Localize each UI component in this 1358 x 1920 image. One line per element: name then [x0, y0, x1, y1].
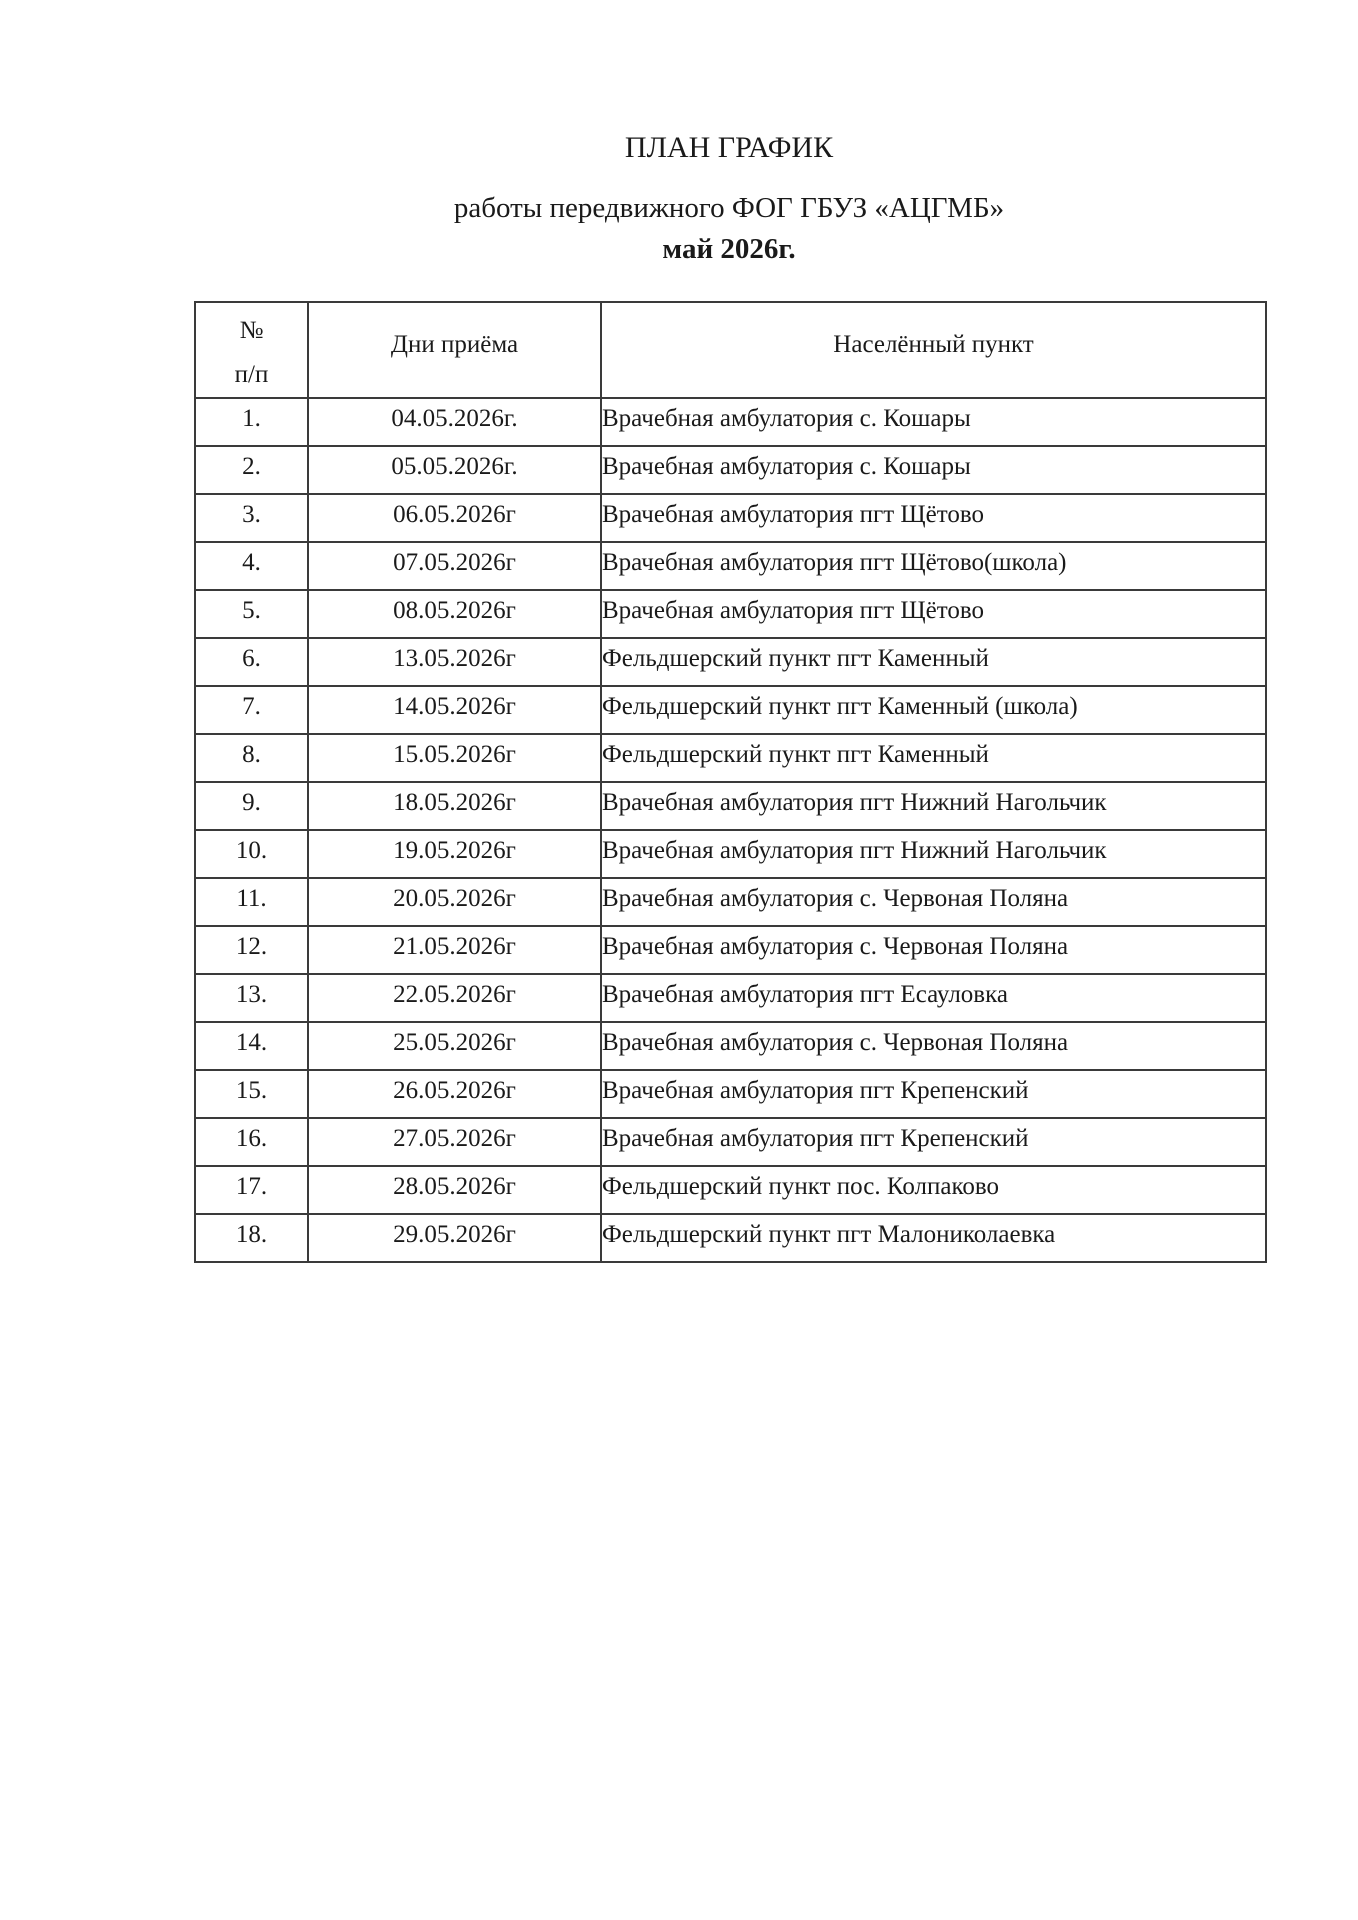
settlement-name-cell: Врачебная амбулатория с. Червоная Поляна — [601, 926, 1266, 974]
settlement-name: Врачебная амбулатория пгт Щётово — [602, 495, 1265, 532]
settlement-name: Фельдшерский пункт пгт Каменный — [602, 735, 1265, 772]
reception-date: 19.05.2026г — [309, 831, 600, 868]
reception-date: 05.05.2026г. — [309, 447, 600, 484]
settlement-name-cell: Врачебная амбулатория с. Червоная Поляна — [601, 1022, 1266, 1070]
column-header-number: № п/п — [195, 302, 308, 398]
settlement-name-cell: Фельдшерский пункт пгт Малониколаевка — [601, 1214, 1266, 1262]
reception-date: 06.05.2026г — [309, 495, 600, 532]
row-number: 12. — [196, 927, 307, 964]
reception-date: 22.05.2026г — [309, 975, 600, 1012]
row-number-cell: 3. — [195, 494, 308, 542]
row-number: 2. — [196, 447, 307, 484]
reception-date: 13.05.2026г — [309, 639, 600, 676]
row-number-cell: 18. — [195, 1214, 308, 1262]
row-number: 8. — [196, 735, 307, 772]
reception-date-cell: 15.05.2026г — [308, 734, 601, 782]
table-row: 7.14.05.2026гФельдшерский пункт пгт Каме… — [195, 686, 1266, 734]
table-body: 1.04.05.2026г.Врачебная амбулатория с. К… — [195, 398, 1266, 1262]
row-number: 6. — [196, 639, 307, 676]
settlement-name: Врачебная амбулатория пгт Нижний Нагольч… — [602, 783, 1265, 820]
row-number-cell: 14. — [195, 1022, 308, 1070]
settlement-name-cell: Врачебная амбулатория с. Червоная Поляна — [601, 878, 1266, 926]
settlement-name-cell: Фельдшерский пункт пгт Каменный (школа) — [601, 686, 1266, 734]
reception-date-cell: 28.05.2026г — [308, 1166, 601, 1214]
settlement-name-cell: Врачебная амбулатория с. Кошары — [601, 398, 1266, 446]
row-number-cell: 8. — [195, 734, 308, 782]
settlement-name-cell: Врачебная амбулатория пгт Нижний Нагольч… — [601, 782, 1266, 830]
row-number: 11. — [196, 879, 307, 916]
column-header-number-symbol: № — [196, 309, 307, 353]
row-number: 18. — [196, 1215, 307, 1252]
reception-date: 14.05.2026г — [309, 687, 600, 724]
row-number: 15. — [196, 1071, 307, 1108]
settlement-name: Врачебная амбулатория пгт Крепенский — [602, 1119, 1265, 1156]
row-number: 4. — [196, 543, 307, 580]
table-row: 18.29.05.2026гФельдшерский пункт пгт Мал… — [195, 1214, 1266, 1262]
row-number: 1. — [196, 399, 307, 436]
row-number: 10. — [196, 831, 307, 868]
reception-date: 08.05.2026г — [309, 591, 600, 628]
reception-date-cell: 19.05.2026г — [308, 830, 601, 878]
reception-date-cell: 20.05.2026г — [308, 878, 601, 926]
page-title: ПЛАН ГРАФИК — [0, 128, 1358, 168]
row-number-cell: 5. — [195, 590, 308, 638]
row-number-cell: 13. — [195, 974, 308, 1022]
table-row: 5.08.05.2026гВрачебная амбулатория пгт Щ… — [195, 590, 1266, 638]
table-header: № п/п Дни приёма Населённый пункт — [195, 302, 1266, 398]
reception-date-cell: 08.05.2026г — [308, 590, 601, 638]
reception-date: 27.05.2026г — [309, 1119, 600, 1156]
table-row: 8.15.05.2026гФельдшерский пункт пгт Каме… — [195, 734, 1266, 782]
row-number-cell: 7. — [195, 686, 308, 734]
reception-date-cell: 22.05.2026г — [308, 974, 601, 1022]
row-number: 17. — [196, 1167, 307, 1204]
reception-date: 28.05.2026г — [309, 1167, 600, 1204]
row-number: 9. — [196, 783, 307, 820]
table-row: 12.21.05.2026гВрачебная амбулатория с. Ч… — [195, 926, 1266, 974]
settlement-name: Врачебная амбулатория пгт Щётово(школа) — [602, 543, 1265, 580]
table-header-row: № п/п Дни приёма Населённый пункт — [195, 302, 1266, 398]
reception-date-cell: 25.05.2026г — [308, 1022, 601, 1070]
row-number-cell: 2. — [195, 446, 308, 494]
row-number-cell: 12. — [195, 926, 308, 974]
settlement-name-cell: Врачебная амбулатория пгт Крепенский — [601, 1070, 1266, 1118]
table-row: 10.19.05.2026гВрачебная амбулатория пгт … — [195, 830, 1266, 878]
table-row: 13.22.05.2026гВрачебная амбулатория пгт … — [195, 974, 1266, 1022]
table-row: 3.06.05.2026гВрачебная амбулатория пгт Щ… — [195, 494, 1266, 542]
settlement-name: Фельдшерский пункт пос. Колпаково — [602, 1167, 1265, 1204]
settlement-name-cell: Врачебная амбулатория пгт Щётово — [601, 590, 1266, 638]
settlement-name-cell: Врачебная амбулатория пгт Крепенский — [601, 1118, 1266, 1166]
row-number-cell: 9. — [195, 782, 308, 830]
settlement-name-cell: Фельдшерский пункт пос. Колпаково — [601, 1166, 1266, 1214]
table-row: 9.18.05.2026гВрачебная амбулатория пгт Н… — [195, 782, 1266, 830]
row-number-cell: 10. — [195, 830, 308, 878]
settlement-name: Врачебная амбулатория с. Червоная Поляна — [602, 927, 1265, 964]
row-number: 16. — [196, 1119, 307, 1156]
schedule-period: май 2026г. — [0, 229, 1358, 269]
settlement-name: Врачебная амбулатория пгт Щётово — [602, 591, 1265, 628]
reception-date-cell: 26.05.2026г — [308, 1070, 601, 1118]
row-number-cell: 1. — [195, 398, 308, 446]
reception-date-cell: 21.05.2026г — [308, 926, 601, 974]
reception-date: 04.05.2026г. — [309, 399, 600, 436]
settlement-name: Фельдшерский пункт пгт Каменный (школа) — [602, 687, 1265, 724]
table-row: 17.28.05.2026гФельдшерский пункт пос. Ко… — [195, 1166, 1266, 1214]
row-number-cell: 17. — [195, 1166, 308, 1214]
row-number: 14. — [196, 1023, 307, 1060]
reception-date: 26.05.2026г — [309, 1071, 600, 1108]
table-row: 14.25.05.2026гВрачебная амбулатория с. Ч… — [195, 1022, 1266, 1070]
table-row: 16.27.05.2026гВрачебная амбулатория пгт … — [195, 1118, 1266, 1166]
row-number-cell: 4. — [195, 542, 308, 590]
column-header-number-label: п/п — [196, 353, 307, 397]
settlement-name: Врачебная амбулатория с. Червоная Поляна — [602, 1023, 1265, 1060]
settlement-name-cell: Врачебная амбулатория пгт Щётово(школа) — [601, 542, 1266, 590]
row-number: 3. — [196, 495, 307, 532]
reception-date: 29.05.2026г — [309, 1215, 600, 1252]
row-number-cell: 16. — [195, 1118, 308, 1166]
row-number-cell: 11. — [195, 878, 308, 926]
reception-date-cell: 14.05.2026г — [308, 686, 601, 734]
row-number: 7. — [196, 687, 307, 724]
reception-date: 21.05.2026г — [309, 927, 600, 964]
reception-date-cell: 18.05.2026г — [308, 782, 601, 830]
document-subtitle: работы передвижного ФОГ ГБУЗ «АЦГМБ» — [0, 188, 1358, 228]
settlement-name: Врачебная амбулатория пгт Нижний Нагольч… — [602, 831, 1265, 868]
table-row: 15.26.05.2026гВрачебная амбулатория пгт … — [195, 1070, 1266, 1118]
table-row: 4.07.05.2026гВрачебная амбулатория пгт Щ… — [195, 542, 1266, 590]
reception-date-cell: 06.05.2026г — [308, 494, 601, 542]
column-header-date: Дни приёма — [308, 302, 601, 398]
settlement-name-cell: Врачебная амбулатория пгт Щётово — [601, 494, 1266, 542]
reception-date: 20.05.2026г — [309, 879, 600, 916]
reception-date-cell: 27.05.2026г — [308, 1118, 601, 1166]
settlement-name: Фельдшерский пункт пгт Малониколаевка — [602, 1215, 1265, 1252]
reception-date-cell: 13.05.2026г — [308, 638, 601, 686]
settlement-name: Фельдшерский пункт пгт Каменный — [602, 639, 1265, 676]
reception-date-cell: 29.05.2026г — [308, 1214, 601, 1262]
table-row: 2.05.05.2026г.Врачебная амбулатория с. К… — [195, 446, 1266, 494]
column-header-date-label: Дни приёма — [309, 303, 600, 365]
settlement-name: Врачебная амбулатория пгт Есауловка — [602, 975, 1265, 1012]
table-row: 6.13.05.2026гФельдшерский пункт пгт Каме… — [195, 638, 1266, 686]
reception-date: 18.05.2026г — [309, 783, 600, 820]
reception-date-cell: 07.05.2026г — [308, 542, 601, 590]
row-number: 13. — [196, 975, 307, 1012]
settlement-name-cell: Врачебная амбулатория пгт Есауловка — [601, 974, 1266, 1022]
schedule-table: № п/п Дни приёма Населённый пункт 1.04.0… — [194, 301, 1267, 1263]
reception-date: 15.05.2026г — [309, 735, 600, 772]
column-header-place: Населённый пункт — [601, 302, 1266, 398]
row-number-cell: 15. — [195, 1070, 308, 1118]
table-row: 1.04.05.2026г.Врачебная амбулатория с. К… — [195, 398, 1266, 446]
settlement-name: Врачебная амбулатория с. Кошары — [602, 399, 1265, 436]
reception-date: 25.05.2026г — [309, 1023, 600, 1060]
settlement-name: Врачебная амбулатория пгт Крепенский — [602, 1071, 1265, 1108]
settlement-name-cell: Врачебная амбулатория пгт Нижний Нагольч… — [601, 830, 1266, 878]
settlement-name: Врачебная амбулатория с. Червоная Поляна — [602, 879, 1265, 916]
reception-date-cell: 04.05.2026г. — [308, 398, 601, 446]
settlement-name-cell: Врачебная амбулатория с. Кошары — [601, 446, 1266, 494]
column-header-place-label: Населённый пункт — [602, 303, 1265, 365]
row-number-cell: 6. — [195, 638, 308, 686]
settlement-name-cell: Фельдшерский пункт пгт Каменный — [601, 638, 1266, 686]
settlement-name: Врачебная амбулатория с. Кошары — [602, 447, 1265, 484]
table-row: 11.20.05.2026гВрачебная амбулатория с. Ч… — [195, 878, 1266, 926]
settlement-name-cell: Фельдшерский пункт пгт Каменный — [601, 734, 1266, 782]
reception-date: 07.05.2026г — [309, 543, 600, 580]
row-number: 5. — [196, 591, 307, 628]
reception-date-cell: 05.05.2026г. — [308, 446, 601, 494]
